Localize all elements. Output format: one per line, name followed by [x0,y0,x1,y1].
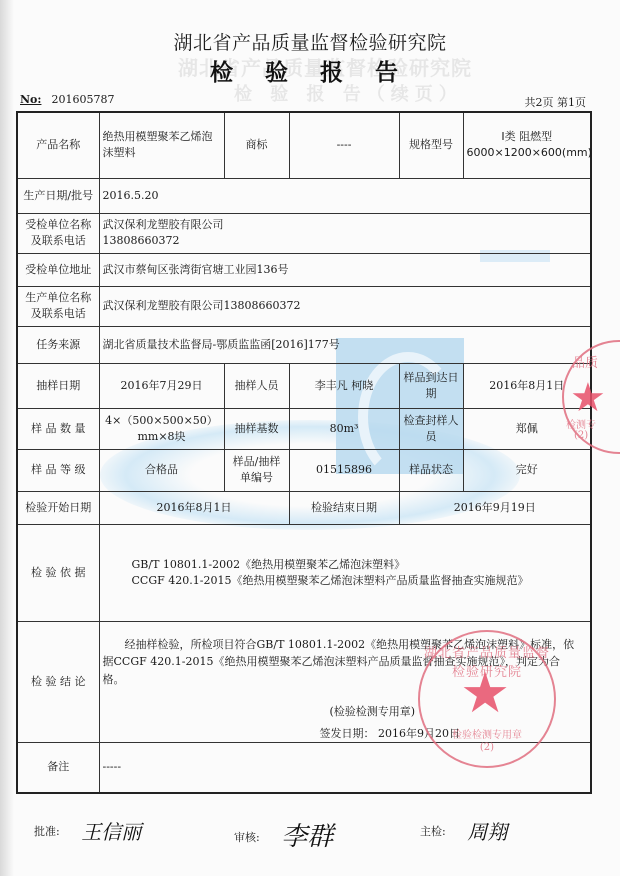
organization-name: 湖北省产品质量监督检验研究院 [0,28,620,55]
report-number-value: 201605787 [51,93,114,106]
sampling-base-value: 80m³ [289,408,399,449]
sampling-base-label: 抽样基数 [224,408,289,449]
start-date-value: 2016年8月1日 [99,491,289,524]
table-row: 检 验 依 据 GB/T 10801.1-2002《绝热用模塑聚苯乙烯泡沫塑料》… [17,524,591,621]
sampling-date-label: 抽样日期 [17,363,99,408]
seal-bottom-text: 检验检测专用章 [420,726,554,741]
report-number-label: No: [20,93,41,106]
production-date-value: 2016.5.20 [99,178,591,213]
production-date-label: 生产日期/批号 [17,178,99,213]
end-date-label: 检验结束日期 [289,491,399,524]
approver-name: 王信丽 [81,820,141,844]
reviewer-label: 审核: [234,831,260,844]
start-date-label: 检验开始日期 [17,491,99,524]
inspected-unit-phone: 13808660372 [103,233,588,249]
chief-inspector-signature: 主检: 周翔 [420,812,507,841]
spec-value: Ⅰ类 阻燃型 6000×1200×600(mm) [463,112,591,178]
sealer-label: 检查封样人员 [399,408,463,449]
sample-state-value: 完好 [463,449,591,491]
seal-note: (检验检测专用章) [330,704,416,720]
sample-qty-value: 4×（500×500×50）mm×8块 [99,408,224,449]
chief-inspector-name: 周翔 [467,820,507,844]
sample-grade-label: 样 品 等 级 [17,449,99,491]
seal-bottom-text: 检测专 [566,416,596,431]
manufacturer-value: 武汉保利龙塑胶有限公司13808660372 [99,286,591,326]
official-seal: 湖北省产品质量监督检验研究院 ★ 检验检测专用章 (2) [418,630,556,768]
remarks-label: 备注 [17,742,99,793]
inspected-address-label: 受检单位地址 [17,253,99,286]
table-row: 样 品 等 级 合格品 样品/抽样单编号 01515896 样品状态 完好 [17,449,591,491]
table-row: 受检单位地址 武汉市蔡甸区张湾街官塘工业园136号 [17,253,591,286]
table-row: 受检单位名称及联系电话 武汉保利龙塑胶有限公司 13808660372 [17,213,591,253]
seal-number: (2) [574,430,588,441]
inspected-unit-label: 受检单位名称及联系电话 [17,213,99,253]
basis-label: 检 验 依 据 [17,524,99,621]
basis-line: CCGF 420.1-2015《绝热用模塑聚苯乙烯泡沫塑料产品质量监督抽查实施规… [132,573,588,589]
seal-ring-text: 品质 [572,352,598,371]
document-title: 检 验 报 告 [0,54,620,87]
task-source-label: 任务来源 [17,326,99,363]
end-date-value: 2016年9月19日 [399,491,591,524]
issue-date-label: 签发日期： [320,727,375,740]
reviewer-signature: 审核: 李群 [234,812,333,849]
sample-grade-value: 合格品 [99,449,224,491]
sampling-date-value: 2016年7月29日 [99,363,224,408]
table-row: 生产日期/批号 2016.5.20 [17,178,591,213]
table-row: 生产单位名称及联系电话 武汉保利龙塑胶有限公司13808660372 [17,286,591,326]
manufacturer-label: 生产单位名称及联系电话 [17,286,99,326]
table-row: 产品名称 绝热用模塑聚苯乙烯泡沫塑料 商标 ---- 规格型号 Ⅰ类 阻燃型 6… [17,112,591,178]
approver-label: 批准: [34,825,60,838]
sampler-label: 抽样人员 [224,363,289,408]
task-source-value: 湖北省质量技术监督局-鄂质监监函[2016]177号 [99,326,591,363]
page-edge-shadow [0,0,14,876]
table-row: 任务来源 湖北省质量技术监督局-鄂质监监函[2016]177号 [17,326,591,363]
sample-qty-label: 样 品 数 量 [17,408,99,449]
basis-value: GB/T 10801.1-2002《绝热用模塑聚苯乙烯泡沫塑料》 CCGF 42… [99,524,591,621]
inspected-unit-name: 武汉保利龙塑胶有限公司 [103,217,588,233]
inspected-address-value: 武汉市蔡甸区张湾街官塘工业园136号 [99,253,591,286]
chief-inspector-label: 主检: [420,825,446,838]
basis-line: GB/T 10801.1-2002《绝热用模塑聚苯乙烯泡沫塑料》 [132,557,588,573]
spec-label: 规格型号 [399,112,463,178]
product-name-label: 产品名称 [17,112,99,178]
conclusion-label: 检 验 结 论 [17,621,99,742]
product-name-value: 绝热用模塑聚苯乙烯泡沫塑料 [99,112,224,178]
page-count: 共2页 第1页 [525,94,587,110]
approver-signature: 批准: 王信丽 [34,812,141,841]
report-number: No:201605787 [20,93,114,106]
inspected-unit-value: 武汉保利龙塑胶有限公司 13808660372 [99,213,591,253]
trademark-value: ---- [289,112,399,178]
seal-number: (2) [420,742,554,753]
sampler-value: 李丰凡 柯晓 [289,363,399,408]
table-row: 抽样日期 2016年7月29日 抽样人员 李丰凡 柯晓 样品到达日期 2016年… [17,363,591,408]
trademark-label: 商标 [224,112,289,178]
sample-no-value: 01515896 [289,449,399,491]
star-icon: ★ [570,378,606,418]
arrival-date-label: 样品到达日期 [399,363,463,408]
table-row: 检验开始日期 2016年8月1日 检验结束日期 2016年9月19日 [17,491,591,524]
table-row: 样 品 数 量 4×（500×500×50）mm×8块 抽样基数 80m³ 检查… [17,408,591,449]
reviewer-name: 李群 [281,822,333,852]
star-icon: ★ [460,666,510,722]
sample-no-label: 样品/抽样单编号 [224,449,289,491]
sample-state-label: 样品状态 [399,449,463,491]
